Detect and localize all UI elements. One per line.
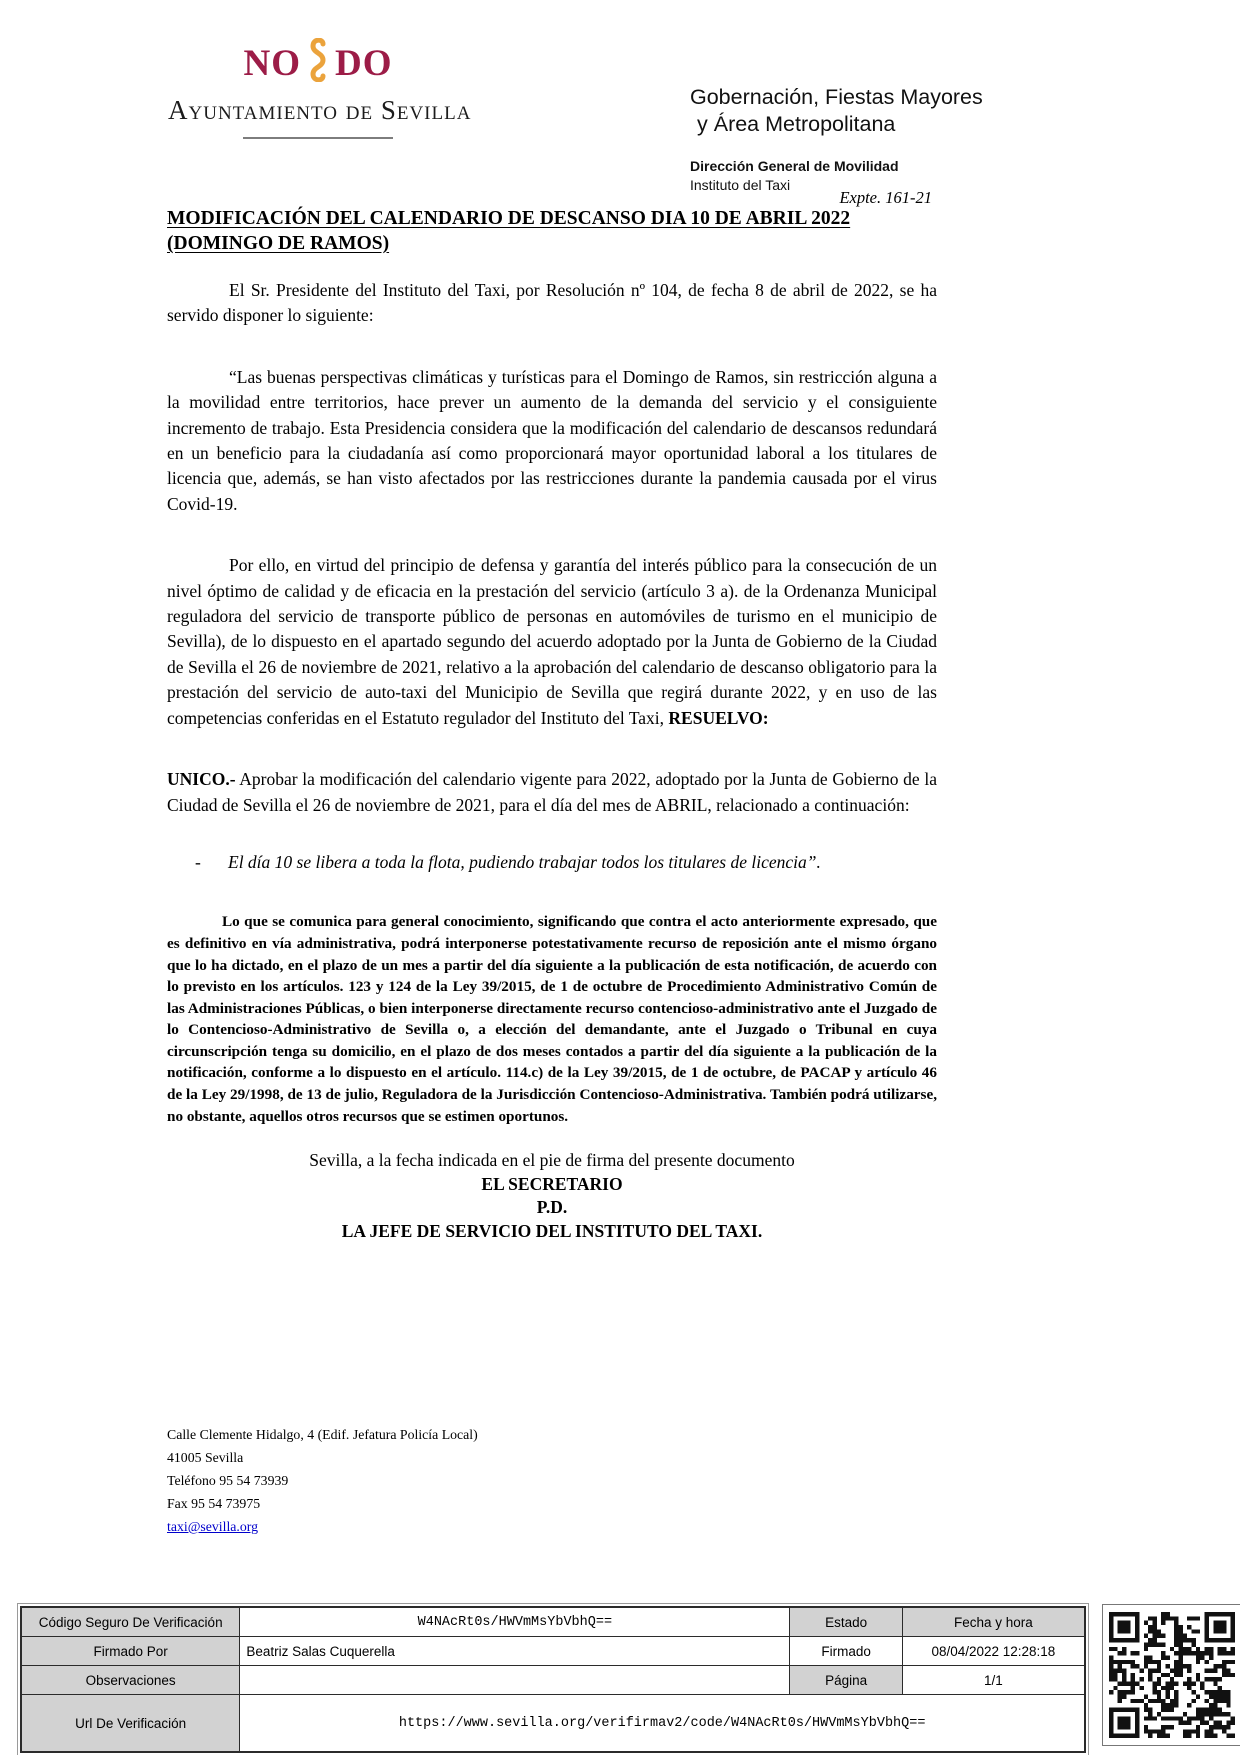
url-label: Url De Verificación bbox=[21, 1695, 240, 1753]
department-block: Gobernación, Fiestas Mayores y Área Metr… bbox=[690, 84, 983, 195]
resuelvo-bold: RESUELVO: bbox=[668, 708, 768, 728]
csv-label: Código Seguro De Verificación bbox=[21, 1607, 240, 1637]
fecha-label: Fecha y hora bbox=[902, 1607, 1085, 1637]
fecha-value: 08/04/2022 12:28:18 bbox=[902, 1637, 1085, 1666]
madeja-icon bbox=[305, 38, 331, 89]
unico-bold: UNICO.- bbox=[167, 769, 236, 789]
list-dash: - bbox=[195, 850, 228, 875]
document-body: MODIFICACIÓN DEL CALENDARIO DE DESCANSO … bbox=[167, 206, 937, 1244]
list-text: El día 10 se libera a toda la flota, pud… bbox=[228, 850, 821, 875]
paragraph-unico: UNICO.- Aprobar la modificación del cale… bbox=[167, 767, 937, 818]
paragraph-quote: “Las buenas perspectivas climáticas y tu… bbox=[167, 365, 937, 517]
paragraph-intro: El Sr. Presidente del Instituto del Taxi… bbox=[167, 278, 937, 329]
pagina-value: 1/1 bbox=[902, 1666, 1085, 1695]
signature-chief: LA JEFE DE SERVICIO DEL INSTITUTO DEL TA… bbox=[167, 1220, 937, 1244]
table-row: Código Seguro De Verificación W4NAcRt0s/… bbox=[21, 1607, 1085, 1637]
estado-value: Firmado bbox=[790, 1637, 902, 1666]
logo-organization: Ayuntamiento de Sevilla bbox=[168, 95, 468, 126]
firmado-label: Firmado Por bbox=[21, 1637, 240, 1666]
table-row: Observaciones Página 1/1 bbox=[21, 1666, 1085, 1695]
paragraph-notification: Lo que se comunica para general conocimi… bbox=[167, 911, 937, 1127]
firmado-value: Beatriz Salas Cuquerella bbox=[240, 1637, 790, 1666]
department-line-2: y Área Metropolitana bbox=[690, 111, 983, 138]
observaciones-label: Observaciones bbox=[21, 1666, 240, 1695]
pagina-label: Página bbox=[790, 1666, 902, 1695]
contact-block: Calle Clemente Hidalgo, 4 (Edif. Jefatur… bbox=[167, 1423, 478, 1538]
direction-general: Dirección General de Movilidad bbox=[690, 157, 983, 176]
legal-basis-text: Por ello, en virtud del principio de def… bbox=[167, 555, 937, 727]
unico-text: Aprobar la modificación del calendario v… bbox=[167, 769, 937, 814]
logo-underline bbox=[243, 137, 393, 139]
contact-postal: 41005 Sevilla bbox=[167, 1446, 478, 1469]
signature-pd: P.D. bbox=[167, 1196, 937, 1220]
table-row: Firmado Por Beatriz Salas Cuquerella Fir… bbox=[21, 1637, 1085, 1666]
signature-secretary: EL SECRETARIO bbox=[167, 1173, 937, 1197]
title-line-2: (DOMINGO DE RAMOS) bbox=[167, 233, 389, 254]
signature-place-line: Sevilla, a la fecha indicada en el pie d… bbox=[167, 1149, 937, 1173]
list-item-day10: - El día 10 se libera a toda la flota, p… bbox=[167, 850, 937, 875]
contact-address: Calle Clemente Hidalgo, 4 (Edif. Jefatur… bbox=[167, 1423, 478, 1446]
document-title: MODIFICACIÓN DEL CALENDARIO DE DESCANSO … bbox=[167, 206, 937, 256]
contact-fax: Fax 95 54 73975 bbox=[167, 1492, 478, 1515]
url-value: https://www.sevilla.org/verifirmav2/code… bbox=[240, 1695, 1085, 1753]
table-row: Url De Verificación https://www.sevilla.… bbox=[21, 1695, 1085, 1753]
logo-text-no: NO bbox=[244, 45, 302, 82]
verification-table: Código Seguro De Verificación W4NAcRt0s/… bbox=[20, 1606, 1086, 1753]
sevilla-logo: NO DO Ayuntamiento de Sevilla bbox=[168, 38, 468, 139]
contact-email-link[interactable]: taxi@sevilla.org bbox=[167, 1519, 258, 1534]
estado-label: Estado bbox=[790, 1607, 902, 1637]
document-page: NO DO Ayuntamiento de Sevilla Gobernació… bbox=[0, 0, 1240, 1755]
title-line-1: MODIFICACIÓN DEL CALENDARIO DE DESCANSO … bbox=[167, 208, 850, 229]
contact-phone: Teléfono 95 54 73939 bbox=[167, 1469, 478, 1492]
logo-text-do: DO bbox=[335, 45, 393, 82]
expte-number: Expte. 161-21 bbox=[839, 188, 932, 208]
csv-value: W4NAcRt0s/HWVmMsYbVbhQ== bbox=[240, 1607, 790, 1637]
institute-name: Instituto del Taxi bbox=[690, 176, 983, 195]
verification-footer: Código Seguro De Verificación W4NAcRt0s/… bbox=[20, 1606, 1240, 1750]
department-line-1: Gobernación, Fiestas Mayores bbox=[690, 84, 983, 111]
observaciones-value bbox=[240, 1666, 790, 1695]
qr-code bbox=[1109, 1612, 1235, 1738]
logo-nosdo: NO DO bbox=[168, 38, 468, 89]
qr-code-box bbox=[1102, 1604, 1240, 1746]
paragraph-legal-basis: Por ello, en virtud del principio de def… bbox=[167, 553, 937, 731]
signature-block: Sevilla, a la fecha indicada en el pie d… bbox=[167, 1149, 937, 1243]
